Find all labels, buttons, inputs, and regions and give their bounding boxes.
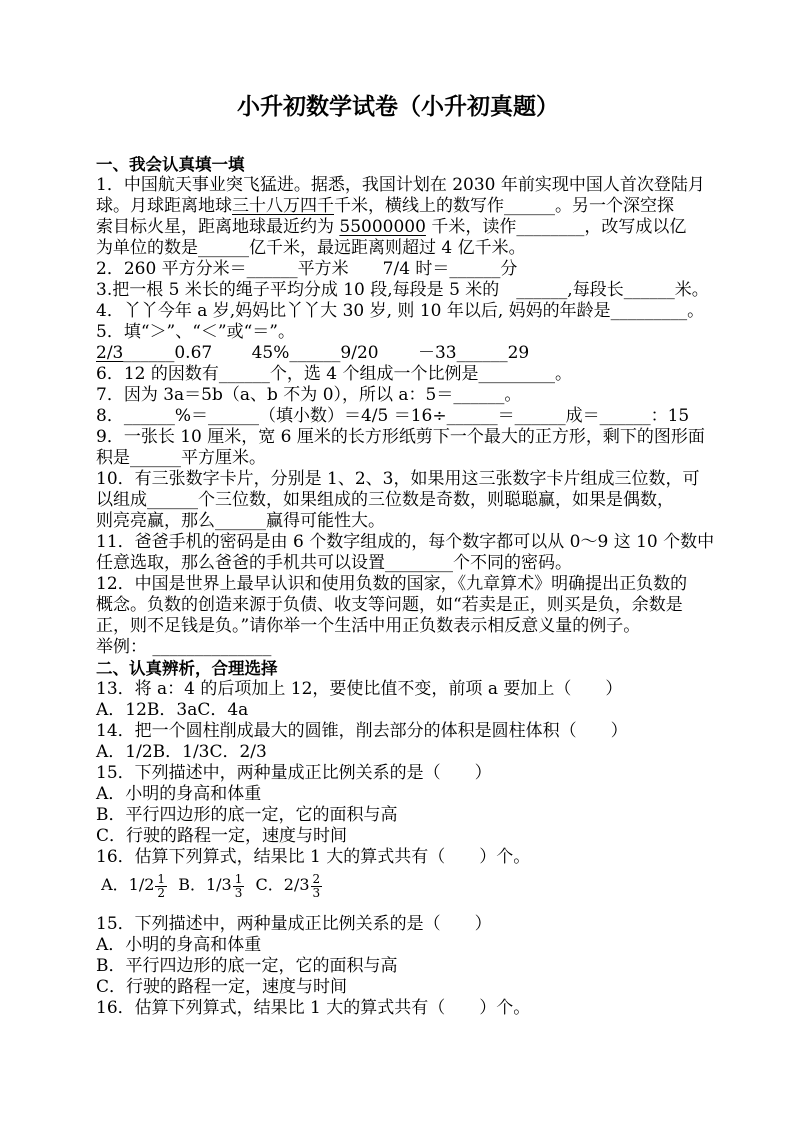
- text-run: 1．中国航天事业突飞猛进。据悉，我国计划在 2030 年前实现中国人首次登陆月: [96, 175, 705, 195]
- text-run: 4．丫丫今年 a 岁,妈妈比丫丫大 30 岁, 则 10 年以后, 妈妈的年龄是…: [96, 301, 704, 321]
- text-line: 球。月球距离地球三十八万四千千米，横线上的数写作______。另一个深空探: [96, 196, 700, 217]
- stacked-fraction: 23: [311, 873, 323, 899]
- text-run: 2．260 平方分米＝______平方米 7/4 时＝______分: [96, 259, 517, 279]
- text-run: 索目标火星，距离地球最近约为: [96, 217, 339, 237]
- text-run: A．1/2B．1/3C．2/3: [96, 742, 267, 762]
- text-line: 索目标火星，距离地球最近约为 55000000 千米，读作________，改写…: [96, 217, 700, 238]
- text-run: 正，则不足钱是负。”请你举一个生活中用正负数表示相反意义量的例子。: [96, 616, 640, 636]
- text-run: 任意选取，那么爸爸的手机共可以设置________个不同的密码。: [96, 553, 572, 573]
- page-content: 小升初数学试卷（小升初真题） 一、我会认真填一填1．中国航天事业突飞猛进。据悉，…: [96, 92, 700, 1019]
- text-line: 任意选取，那么爸爸的手机共可以设置________个不同的密码。: [96, 553, 700, 574]
- text-run: 8．______%＝______（填小数）＝4/5 ＝16÷______＝___…: [96, 406, 689, 426]
- text-run: 11．爸爸手机的密码是由 6 个数字组成的，每个数字都可以从 0～9 这 10 …: [96, 532, 714, 552]
- text-line: 1．中国航天事业突飞猛进。据悉，我国计划在 2030 年前实现中国人首次登陆月: [96, 175, 700, 196]
- fraction-numerator: 2: [311, 873, 323, 886]
- text-run: 一、我会认真填一填: [96, 155, 245, 174]
- page-title: 小升初数学试卷（小升初真题）: [96, 92, 700, 122]
- section-heading: 二、认真辨析，合理选择: [96, 658, 700, 679]
- text-run: A．1/2: [96, 875, 154, 894]
- text-line: 9．一张长 10 厘米，宽 6 厘米的长方形纸剪下一个最大的正方形，剩下的图形面: [96, 427, 700, 448]
- text-run: A．小明的身高和体重: [96, 784, 261, 804]
- text-line: 举例： ______________: [96, 637, 700, 658]
- text-run: B．1/3: [168, 875, 232, 894]
- text-run: 千米，读作________，改写成以亿: [426, 217, 686, 237]
- text-line: 14．把一个圆柱削成最大的圆锥，削去部分的体积是圆柱体积（ ）: [96, 721, 700, 742]
- text-line: C．行驶的路程一定，速度与时间: [96, 977, 700, 998]
- text-run: C．行驶的路程一定，速度与时间: [96, 826, 347, 846]
- text-run: 16．估算下列算式，结果比 1 大的算式共有（ ）个。: [96, 998, 530, 1018]
- exam-page: 小升初数学试卷（小升初真题） 一、我会认真填一填1．中国航天事业突飞猛进。据悉，…: [0, 0, 793, 1122]
- text-run: 举例：: [96, 637, 152, 657]
- text-line: 则亮亮赢，那么______赢得可能性大。: [96, 511, 700, 532]
- text-run: C．行驶的路程一定，速度与时间: [96, 977, 347, 997]
- text-run: 积是______平方厘米。: [96, 448, 266, 468]
- text-line: 2/3______0.67 45%______9/20 －33______29: [96, 343, 700, 364]
- text-line: B．平行四边形的底一定，它的面积与高: [96, 956, 700, 977]
- text-line: 概念。负数的创造来源于负债、收支等问题，如“若卖是正，则买是负，余数是: [96, 595, 700, 616]
- text-line: 10．有三张数字卡片，分别是 1、2、3，如果用这三张数字卡片组成三位数，可: [96, 469, 700, 490]
- text-line: B．平行四边形的底一定，它的面积与高: [96, 805, 700, 826]
- text-run: 10．有三张数字卡片，分别是 1、2、3，如果用这三张数字卡片组成三位数，可: [96, 469, 699, 489]
- text-line: 12．中国是世界上最早认识和使用负数的国家，《九章算术》明确提出正负数的: [96, 574, 700, 595]
- fraction-denominator: 3: [311, 886, 323, 900]
- underlined-text: 2/3: [96, 343, 123, 363]
- text-run: A．小明的身高和体重: [96, 935, 261, 955]
- text-run: 千米，横线上的数写作______。另一个深空探: [334, 196, 674, 216]
- text-line: 15．下列描述中，两种量成正比例关系的是（ ）: [96, 914, 700, 935]
- text-run: 概念。负数的创造来源于负债、收支等问题，如“若卖是正，则买是负，余数是: [96, 595, 683, 615]
- text-run: 7．因为 3a＝5b（a、b 不为 0），所以 a：5＝______。: [96, 385, 521, 405]
- text-line: 8．______%＝______（填小数）＝4/5 ＝16÷______＝___…: [96, 406, 700, 427]
- fraction-numerator: 1: [155, 873, 167, 886]
- text-run: 则亮亮赢，那么______赢得可能性大。: [96, 511, 385, 531]
- text-line: 正，则不足钱是负。”请你举一个生活中用正负数表示相反意义量的例子。: [96, 616, 700, 637]
- text-run: 为单位的数是______亿千米，最远距离则超过 4 亿千米。: [96, 238, 526, 258]
- text-run: 16．估算下列算式，结果比 1 大的算式共有（ ）个。: [96, 847, 530, 867]
- fraction-denominator: 2: [155, 886, 167, 900]
- text-line: 5．填“＞”、“＜”或“＝”。: [96, 322, 700, 343]
- stacked-fraction: 12: [155, 873, 167, 899]
- text-run: ______0.67 45%______9/20 －33______29: [123, 343, 529, 363]
- text-line: A．小明的身高和体重: [96, 784, 700, 805]
- text-line: A．小明的身高和体重: [96, 935, 700, 956]
- text-line: 16．估算下列算式，结果比 1 大的算式共有（ ）个。: [96, 998, 700, 1019]
- text-run: 5．填“＞”、“＜”或“＝”。: [96, 322, 295, 342]
- text-line: 7．因为 3a＝5b（a、b 不为 0），所以 a：5＝______。: [96, 385, 700, 406]
- text-run: 球。月球距离地球: [96, 196, 232, 216]
- text-run: 以组成______个三位数，如果组成的三位数是奇数，则聪聪赢，如果是偶数，: [96, 490, 674, 510]
- text-line: 11．爸爸手机的密码是由 6 个数字组成的，每个数字都可以从 0～9 这 10 …: [96, 532, 700, 553]
- text-line: 4．丫丫今年 a 岁,妈妈比丫丫大 30 岁, 则 10 年以后, 妈妈的年龄是…: [96, 301, 700, 322]
- text-line: 6．12 的因数有______个，选 4 个组成一个比例是_________。: [96, 364, 700, 385]
- text-run: A．12B．3aC．4a: [96, 700, 248, 720]
- text-run: 15．下列描述中，两种量成正比例关系的是（ ）: [96, 914, 492, 934]
- text-line: 13．将 a：4 的后项加上 12，要使比值不变，前项 a 要加上（ ）: [96, 679, 700, 700]
- fraction-numerator: 1: [233, 873, 245, 886]
- text-line: A．1/2B．1/3C．2/3: [96, 742, 700, 763]
- text-run: 9．一张长 10 厘米，宽 6 厘米的长方形纸剪下一个最大的正方形，剩下的图形面: [96, 427, 705, 447]
- text-line: 16．估算下列算式，结果比 1 大的算式共有（ ）个。: [96, 847, 700, 868]
- text-line: 2．260 平方分米＝______平方米 7/4 时＝______分: [96, 259, 700, 280]
- text-line: A．1/212 B．1/313 C．2/323: [96, 868, 700, 902]
- underlined-text: 55000000: [339, 217, 426, 237]
- text-line: C．行驶的路程一定，速度与时间: [96, 826, 700, 847]
- text-run: 二、认真辨析，合理选择: [96, 659, 278, 678]
- text-line: 为单位的数是______亿千米，最远距离则超过 4 亿千米。: [96, 238, 700, 259]
- text-run: 15．下列描述中，两种量成正比例关系的是（ ）: [96, 763, 492, 783]
- document-body: 一、我会认真填一填1．中国航天事业突飞猛进。据悉，我国计划在 2030 年前实现…: [96, 154, 700, 1019]
- text-run: 14．把一个圆柱削成最大的圆锥，削去部分的体积是圆柱体积（ ）: [96, 721, 628, 741]
- text-run: 3.把一根 5 米长的绳子平均分成 10 段,每段是 5 米的 ______,每…: [96, 280, 709, 300]
- text-run: ______________: [152, 637, 271, 657]
- fraction-denominator: 3: [233, 886, 245, 900]
- text-run: C．2/3: [245, 875, 309, 894]
- underlined-text: 三十八万四千: [232, 196, 334, 216]
- text-run: B．平行四边形的底一定，它的面积与高: [96, 956, 398, 976]
- stacked-fraction: 13: [233, 873, 245, 899]
- text-line: 15．下列描述中，两种量成正比例关系的是（ ）: [96, 763, 700, 784]
- section-heading: 一、我会认真填一填: [96, 154, 700, 175]
- text-run: 12．中国是世界上最早认识和使用负数的国家，《九章算术》明确提出正负数的: [96, 574, 687, 594]
- text-line: 积是______平方厘米。: [96, 448, 700, 469]
- text-run: B．平行四边形的底一定，它的面积与高: [96, 805, 398, 825]
- text-line: 以组成______个三位数，如果组成的三位数是奇数，则聪聪赢，如果是偶数，: [96, 490, 700, 511]
- text-line: A．12B．3aC．4a: [96, 700, 700, 721]
- text-run: 6．12 的因数有______个，选 4 个组成一个比例是_________。: [96, 364, 572, 384]
- text-line: 3.把一根 5 米长的绳子平均分成 10 段,每段是 5 米的 ______,每…: [96, 280, 700, 301]
- text-run: 13．将 a：4 的后项加上 12，要使比值不变，前项 a 要加上（ ）: [96, 679, 622, 699]
